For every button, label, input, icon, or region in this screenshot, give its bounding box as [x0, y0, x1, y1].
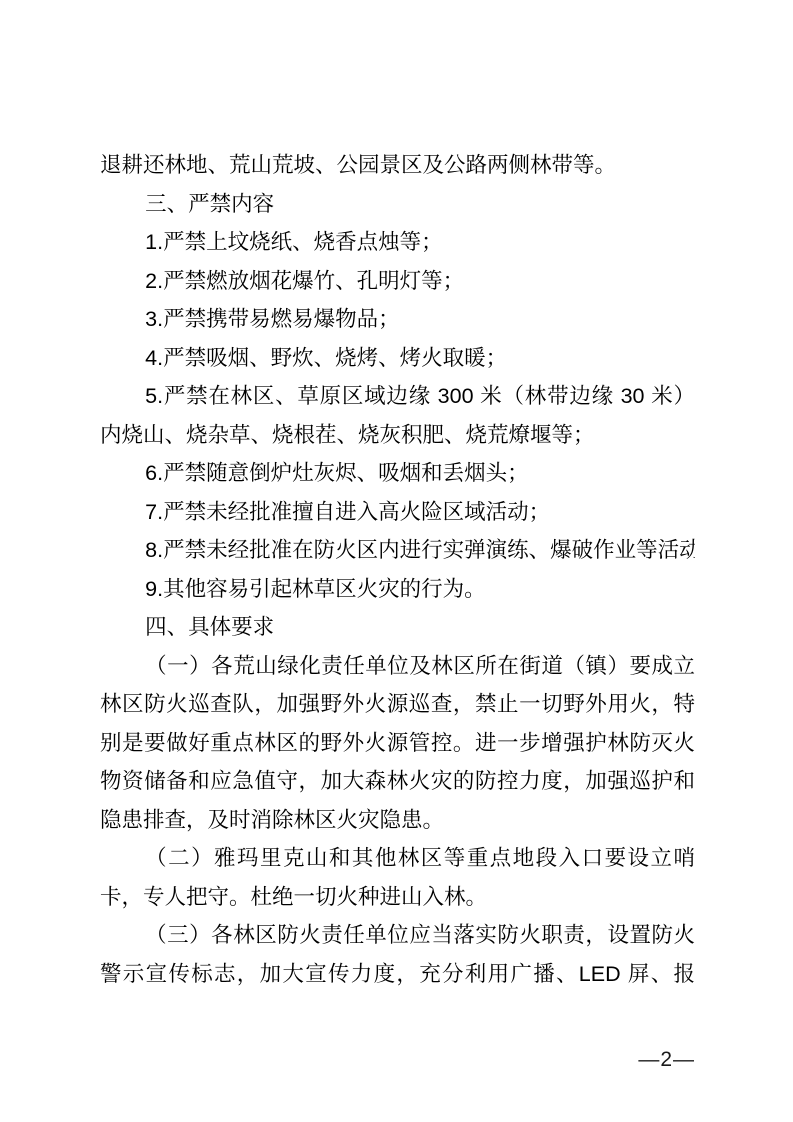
- text-line: （三）各林区防火责任单位应当落实防火职责，设置防火: [100, 916, 695, 955]
- text-line: 三、严禁内容: [100, 185, 695, 224]
- text-line: 6.严禁随意倒炉灶灰烬、吸烟和丢烟头；: [100, 454, 695, 493]
- text-line: 物资储备和应急值守，加大森林火灾的防控力度，加强巡护和: [100, 762, 695, 801]
- text-line: 5.严禁在林区、草原区域边缘 300 米（林带边缘 30 米）以: [100, 377, 695, 416]
- text-line: 别是要做好重点林区的野外火源管控。进一步增强护林防灭火: [100, 724, 695, 763]
- text-line: 4.严禁吸烟、野炊、烧烤、烤火取暖；: [100, 339, 695, 378]
- text-line: 2.严禁燃放烟花爆竹、孔明灯等；: [100, 262, 695, 301]
- text-line: 林区防火巡查队，加强野外火源巡查，禁止一切野外用火，特: [100, 685, 695, 724]
- text-line: 9.其他容易引起林草区火灾的行为。: [100, 570, 695, 609]
- text-line: 内烧山、烧杂草、烧根茬、烧灰积肥、烧荒燎堰等；: [100, 416, 695, 455]
- page-number: —2—: [638, 1049, 695, 1071]
- document-page: 退耕还林地、荒山荒坡、公园景区及公路两侧林带等。三、严禁内容1.严禁上坟烧纸、烧…: [0, 0, 793, 1122]
- text-line: 3.严禁携带易燃易爆物品；: [100, 300, 695, 339]
- text-line: 退耕还林地、荒山荒坡、公园景区及公路两侧林带等。: [100, 146, 695, 185]
- text-line: （二）雅玛里克山和其他林区等重点地段入口要设立哨: [100, 839, 695, 878]
- text-line: 隐患排查，及时消除林区火灾隐患。: [100, 801, 695, 840]
- text-line: 四、具体要求: [100, 608, 695, 647]
- text-line: （一）各荒山绿化责任单位及林区所在街道（镇）要成立: [100, 647, 695, 686]
- text-line: 警示宣传标志，加大宣传力度，充分利用广播、LED 屏、报: [100, 955, 695, 994]
- text-line: 1.严禁上坟烧纸、烧香点烛等；: [100, 223, 695, 262]
- document-body: 退耕还林地、荒山荒坡、公园景区及公路两侧林带等。三、严禁内容1.严禁上坟烧纸、烧…: [100, 146, 695, 993]
- text-line: 7.严禁未经批准擅自进入高火险区域活动；: [100, 493, 695, 532]
- text-line: 8.严禁未经批准在防火区内进行实弹演练、爆破作业等活动；: [100, 531, 695, 570]
- text-line: 卡，专人把守。杜绝一切火种进山入林。: [100, 878, 695, 917]
